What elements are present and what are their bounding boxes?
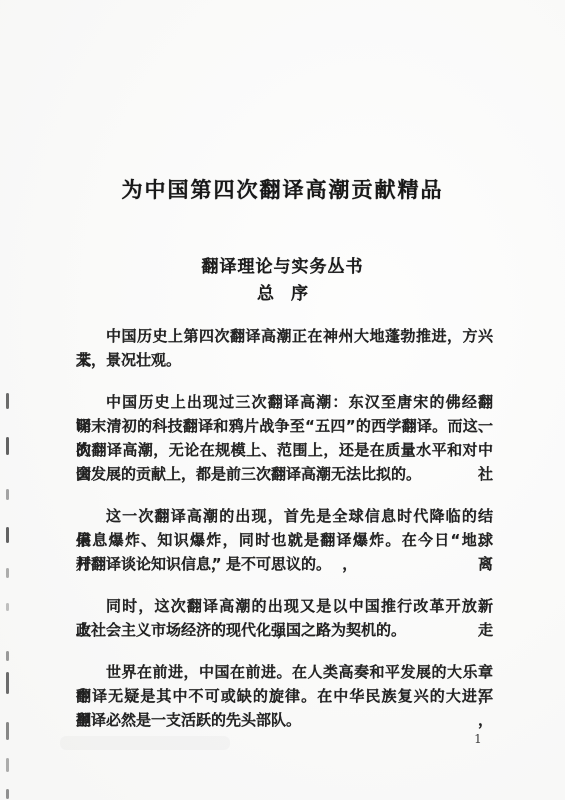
- text-line: 的翻译高潮，无论在规模上、范围上，还是在质量水平和对中国社: [76, 438, 493, 462]
- text-line: 同时，这次翻译高潮的出现又是以中国推行改革开放新政，走: [76, 594, 493, 618]
- paragraph: 同时，这次翻译高潮的出现又是以中国推行改革开放新政，走上社会主义市场经济的现代化…: [76, 594, 493, 642]
- binding-mark: [6, 789, 9, 799]
- text-line: 中国历史上出现过三次翻译高潮：东汉至唐宋的佛经翻译、: [76, 390, 493, 414]
- text-line: 信息爆炸、知识爆炸，同时也就是翻译爆炸。在今日“地球村”，离: [76, 528, 493, 552]
- binding-mark: [6, 672, 9, 694]
- binding-mark: [6, 527, 9, 543]
- binding-mark: [6, 603, 9, 611]
- binding-mark: [6, 489, 9, 500]
- page-content: 为中国第四次翻译高潮贡献精品 翻译理论与实务丛书 总 序 中国历史上第四次翻译高…: [0, 0, 565, 800]
- text-line: 世界在前进，中国在前进。在人类高奏和平发展的大乐章中，: [76, 660, 493, 684]
- paragraph: 中国历史上第四次翻译高潮正在神州大地蓬勃推进，方兴未艾，景况壮观。: [76, 324, 493, 372]
- text-line: 艾，景况壮观。: [76, 348, 493, 372]
- paragraph: 这一次翻译高潮的出现，首先是全球信息时代降临的结果。信息爆炸、知识爆炸，同时也就…: [76, 504, 493, 576]
- paragraph: 中国历史上出现过三次翻译高潮：东汉至唐宋的佛经翻译、明末清初的科技翻译和鸦片战争…: [76, 390, 493, 486]
- binding-mark: [6, 568, 9, 578]
- binding-mark: [6, 758, 9, 772]
- page-number: 1: [468, 732, 488, 746]
- binding-mark: [6, 722, 9, 740]
- preface-body: 中国历史上第四次翻译高潮正在神州大地蓬勃推进，方兴未艾，景况壮观。中国历史上出现…: [76, 324, 493, 750]
- scanned-page: 为中国第四次翻译高潮贡献精品 翻译理论与实务丛书 总 序 中国历史上第四次翻译高…: [0, 0, 565, 800]
- text-line: 这一次翻译高潮的出现，首先是全球信息时代降临的结果。: [76, 504, 493, 528]
- paragraph: 世界在前进，中国在前进。在人类高奏和平发展的大乐章中，翻译无疑是其中不可或缺的旋…: [76, 660, 493, 732]
- section-title: 总 序: [0, 279, 565, 304]
- text-line: 中国历史上第四次翻译高潮正在神州大地蓬勃推进，方兴未: [76, 324, 493, 348]
- binding-mark: [6, 437, 9, 455]
- binding-mark: [6, 393, 9, 409]
- scan-smudge: [60, 736, 230, 750]
- text-line: 翻译无疑是其中不可或缺的旋律。在中华民族复兴的大进军里，: [76, 684, 493, 708]
- series-title: 翻译理论与实务丛书: [0, 252, 565, 277]
- text-line: 明末清初的科技翻译和鸦片战争至“五四”的西学翻译。而这一次: [76, 414, 493, 438]
- binding-mark: [6, 651, 9, 661]
- document-title: 为中国第四次翻译高潮贡献精品: [0, 174, 565, 204]
